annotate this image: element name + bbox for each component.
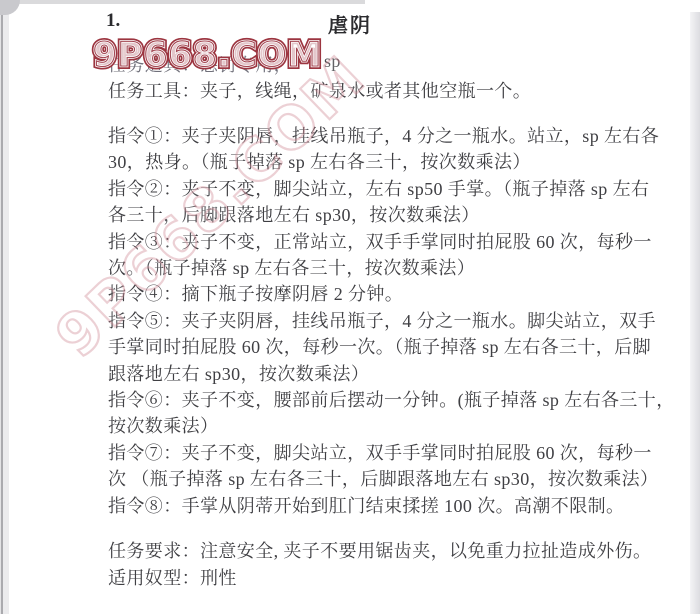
- instruction-line: 按次数乘法）: [108, 413, 668, 439]
- instruction-line: 次 （瓶子掉落 sp 左右各三十，后脚跟落地左右 sp30，按次数乘法）: [108, 466, 668, 492]
- page-title: 虐阴: [0, 9, 700, 38]
- photo-left-edge-shade: [3, 0, 9, 614]
- instruction-line: 手掌同时拍屁股 60 次，每秒一次。（瓶子掉落 sp 左右各三十，后脚: [108, 334, 668, 360]
- brand-watermark-inner-stroke: 9P668.COM: [93, 38, 322, 72]
- instruction-line: 跟落地左右 sp30，按次数乘法）: [108, 361, 668, 387]
- photo-right-edge: [690, 12, 700, 614]
- slave-type-line: 适用奴型：刑性: [108, 564, 237, 590]
- instruction-line: 指令①：夹子夹阴唇，挂线吊瓶子，4 分之一瓶水。站立，sp 左右各: [108, 123, 668, 149]
- instruction-line: 指令⑤：夹子夹阴唇，挂线吊瓶子，4 分之一瓶水。脚尖站立，双手: [108, 308, 668, 334]
- instruction-line: 30，热身。（瓶子掉落 sp 左右各三十，按次数乘法）: [108, 149, 668, 175]
- photo-top-edge: [0, 0, 365, 4]
- instruction-line: 指令④：摘下瓶子按摩阴唇 2 分钟。: [108, 281, 668, 307]
- instruction-line: 指令⑥：夹子不变，腰部前后摆动一分钟。(瓶子掉落 sp 左右各三十，: [108, 387, 668, 413]
- document-page: 1. 虐阴 任务道具：惩罚专用， sp 任务工具：夹子，线绳，矿泉水或者其他空瓶…: [0, 0, 700, 614]
- instruction-line: 指令⑧：手掌从阴蒂开始到肛门结束揉搓 100 次。高潮不限制。: [108, 493, 668, 519]
- instruction-line: 指令⑦：夹子不变，脚尖站立，双手手掌同时拍屁股 60 次，每秒一: [108, 440, 668, 466]
- brand-watermark: 9P668.COM 9P668.COM 9P668.COM: [93, 38, 323, 78]
- requirement-line: 任务要求：注意安全, 夹子不要用锯齿夹，以免重力拉扯造成外伤。: [108, 537, 651, 563]
